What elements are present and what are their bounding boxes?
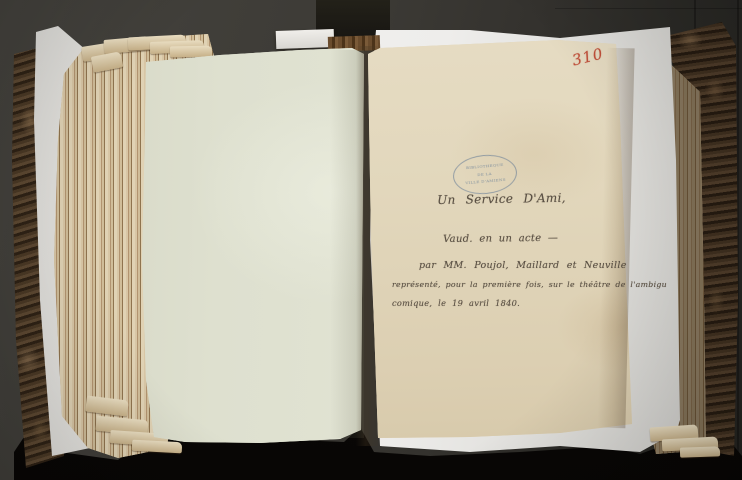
stamp-line-2: DE LA: [478, 172, 493, 178]
leaf-corner: [170, 46, 212, 58]
handwritten-premiere-line2: comique, le 19 avril 1840.: [392, 298, 520, 308]
stamp-line-3: VILLE D'AMIENS: [465, 178, 506, 186]
stamp-line-1: BIBLIOTHEQUE: [465, 163, 503, 171]
leaf-corner: [680, 446, 720, 457]
handwritten-premiere-line1: représenté, pour la première fois, sur l…: [392, 280, 667, 289]
manuscript-photo: } 310 BIBLIOTHEQUE DE LA VILLE D'AMIENS …: [0, 0, 742, 480]
handwritten-title: Un Service D'Ami,: [437, 191, 566, 207]
background-seam: [555, 8, 742, 9]
handwritten-author-credit: par MM. Poujol, Maillard et Neuville: [419, 260, 627, 271]
handwritten-subtitle: Vaud. en un acte —: [443, 233, 558, 245]
gutter-white-sheet-edge: [276, 29, 335, 49]
